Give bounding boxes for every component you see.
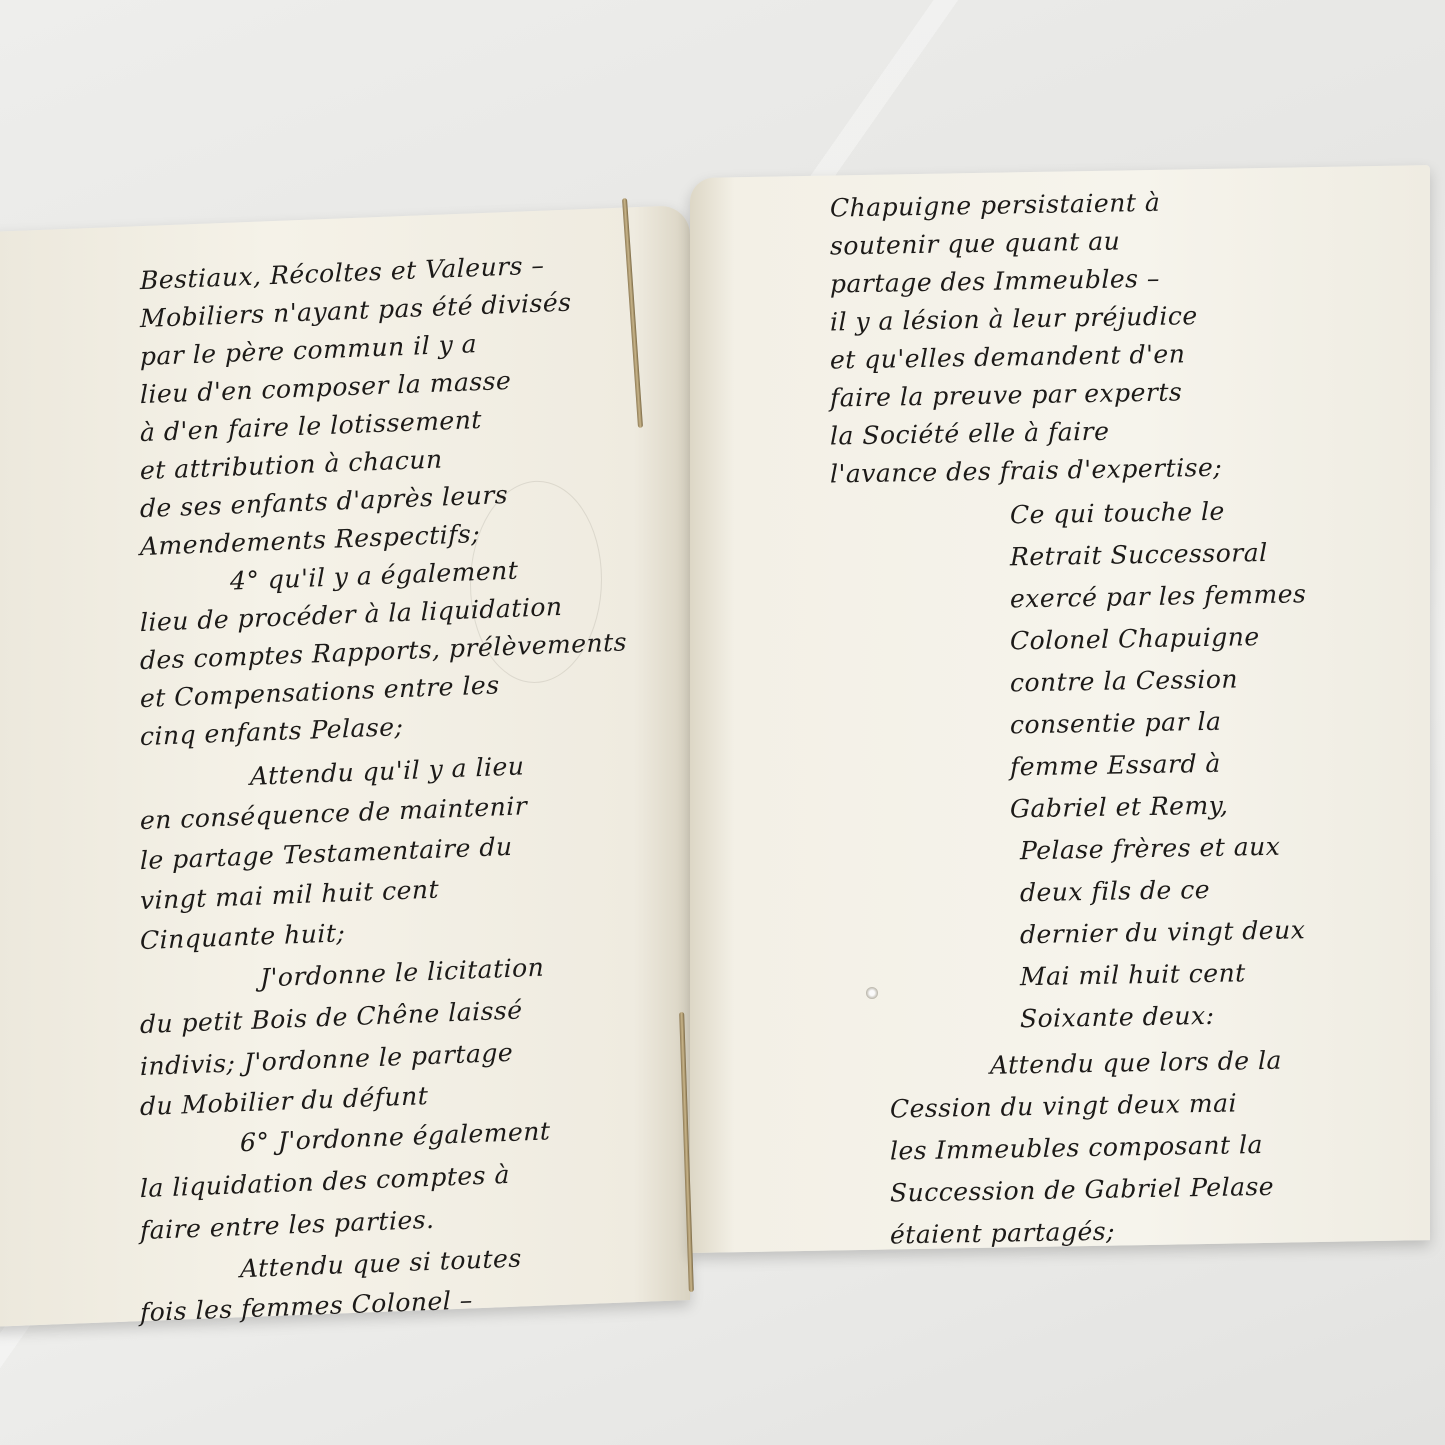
text-line: exercé par les femmes [1010, 579, 1306, 613]
text-line: indivis; J'ordonne le partage [140, 1038, 513, 1081]
text-line: la Société elle à faire [830, 417, 1109, 451]
text-line: il y a lésion à leur préjudice [830, 301, 1198, 336]
text-line: Succession de Gabriel Pelase [890, 1172, 1274, 1208]
text-line: deux fils de ce [1020, 875, 1210, 907]
text-line: étaient partagés; [890, 1217, 1115, 1250]
text-line: Attendu que lors de la [990, 1046, 1282, 1080]
text-line: dernier du vingt deux [1020, 915, 1305, 949]
text-line: vingt mai mil huit cent [140, 875, 439, 915]
text-line: 6° J'ordonne également [240, 1116, 550, 1157]
text-line: Attendu qu'il y a lieu [250, 751, 524, 791]
text-line: J'ordonne le licitation [260, 953, 544, 993]
text-line: en conséquence de maintenir [140, 791, 527, 835]
text-line: Gabriel et Remy, [1010, 791, 1228, 824]
text-line: Pelase frères et aux [1020, 832, 1280, 866]
text-line: les Immeubles composant la [890, 1130, 1263, 1166]
text-line: faire la preuve par experts [830, 377, 1182, 412]
text-line: soutenir que quant au [830, 226, 1120, 260]
right-page: Chapuigne persistaient à soutenir que qu… [690, 165, 1430, 1253]
text-line: consentie par la [1010, 707, 1221, 740]
text-line: Attendu que si toutes [240, 1243, 522, 1283]
text-line: Amendements Respectifs; [140, 519, 480, 561]
text-line: et attribution à chacun [140, 445, 443, 486]
text-line: Bestiaux, Récoltes et Valeurs – [140, 251, 544, 296]
left-page: Bestiaux, Récoltes et Valeurs – Mobilier… [0, 205, 690, 1327]
text-line: contre la Cession [1010, 664, 1238, 697]
text-line: Cinquante huit; [140, 918, 345, 955]
text-line: femme Essard à [1010, 749, 1221, 782]
text-line: par le père commun il y a [140, 329, 477, 371]
text-line: du Mobilier du défunt [140, 1081, 428, 1121]
text-line: à d'en faire le lotissement [140, 405, 482, 447]
text-line: l'avance des frais d'expertise; [830, 453, 1222, 489]
text-line: Ce qui touche le [1010, 497, 1225, 530]
text-line: partage des Immeubles – [830, 264, 1160, 299]
text-line: du petit Bois de Chêne laissé [140, 995, 523, 1039]
text-line: Colonel Chapuigne [1010, 622, 1260, 655]
punched-hole [866, 987, 878, 999]
text-line: cinq enfants Pelase; [140, 712, 403, 751]
text-line: Soixante deux: [1020, 1001, 1215, 1033]
text-line: Retrait Successoral [1010, 538, 1268, 571]
text-line: Cession du vingt deux mai [890, 1088, 1237, 1123]
text-line: et Compensations entre les [140, 670, 500, 713]
text-line: le partage Testamentaire du [140, 832, 512, 875]
text-line: Chapuigne persistaient à [830, 188, 1160, 223]
text-line: Mobiliers n'ayant pas été divisés [140, 288, 572, 334]
text-line: faire entre les parties. [140, 1205, 435, 1245]
text-line: Mai mil huit cent [1020, 958, 1246, 991]
text-line: lieu d'en composer la masse [140, 366, 511, 409]
text-line: et qu'elles demandent d'en [830, 339, 1185, 374]
text-line: de ses enfants d'après leurs [140, 480, 508, 523]
text-line: la liquidation des comptes à [140, 1160, 510, 1203]
